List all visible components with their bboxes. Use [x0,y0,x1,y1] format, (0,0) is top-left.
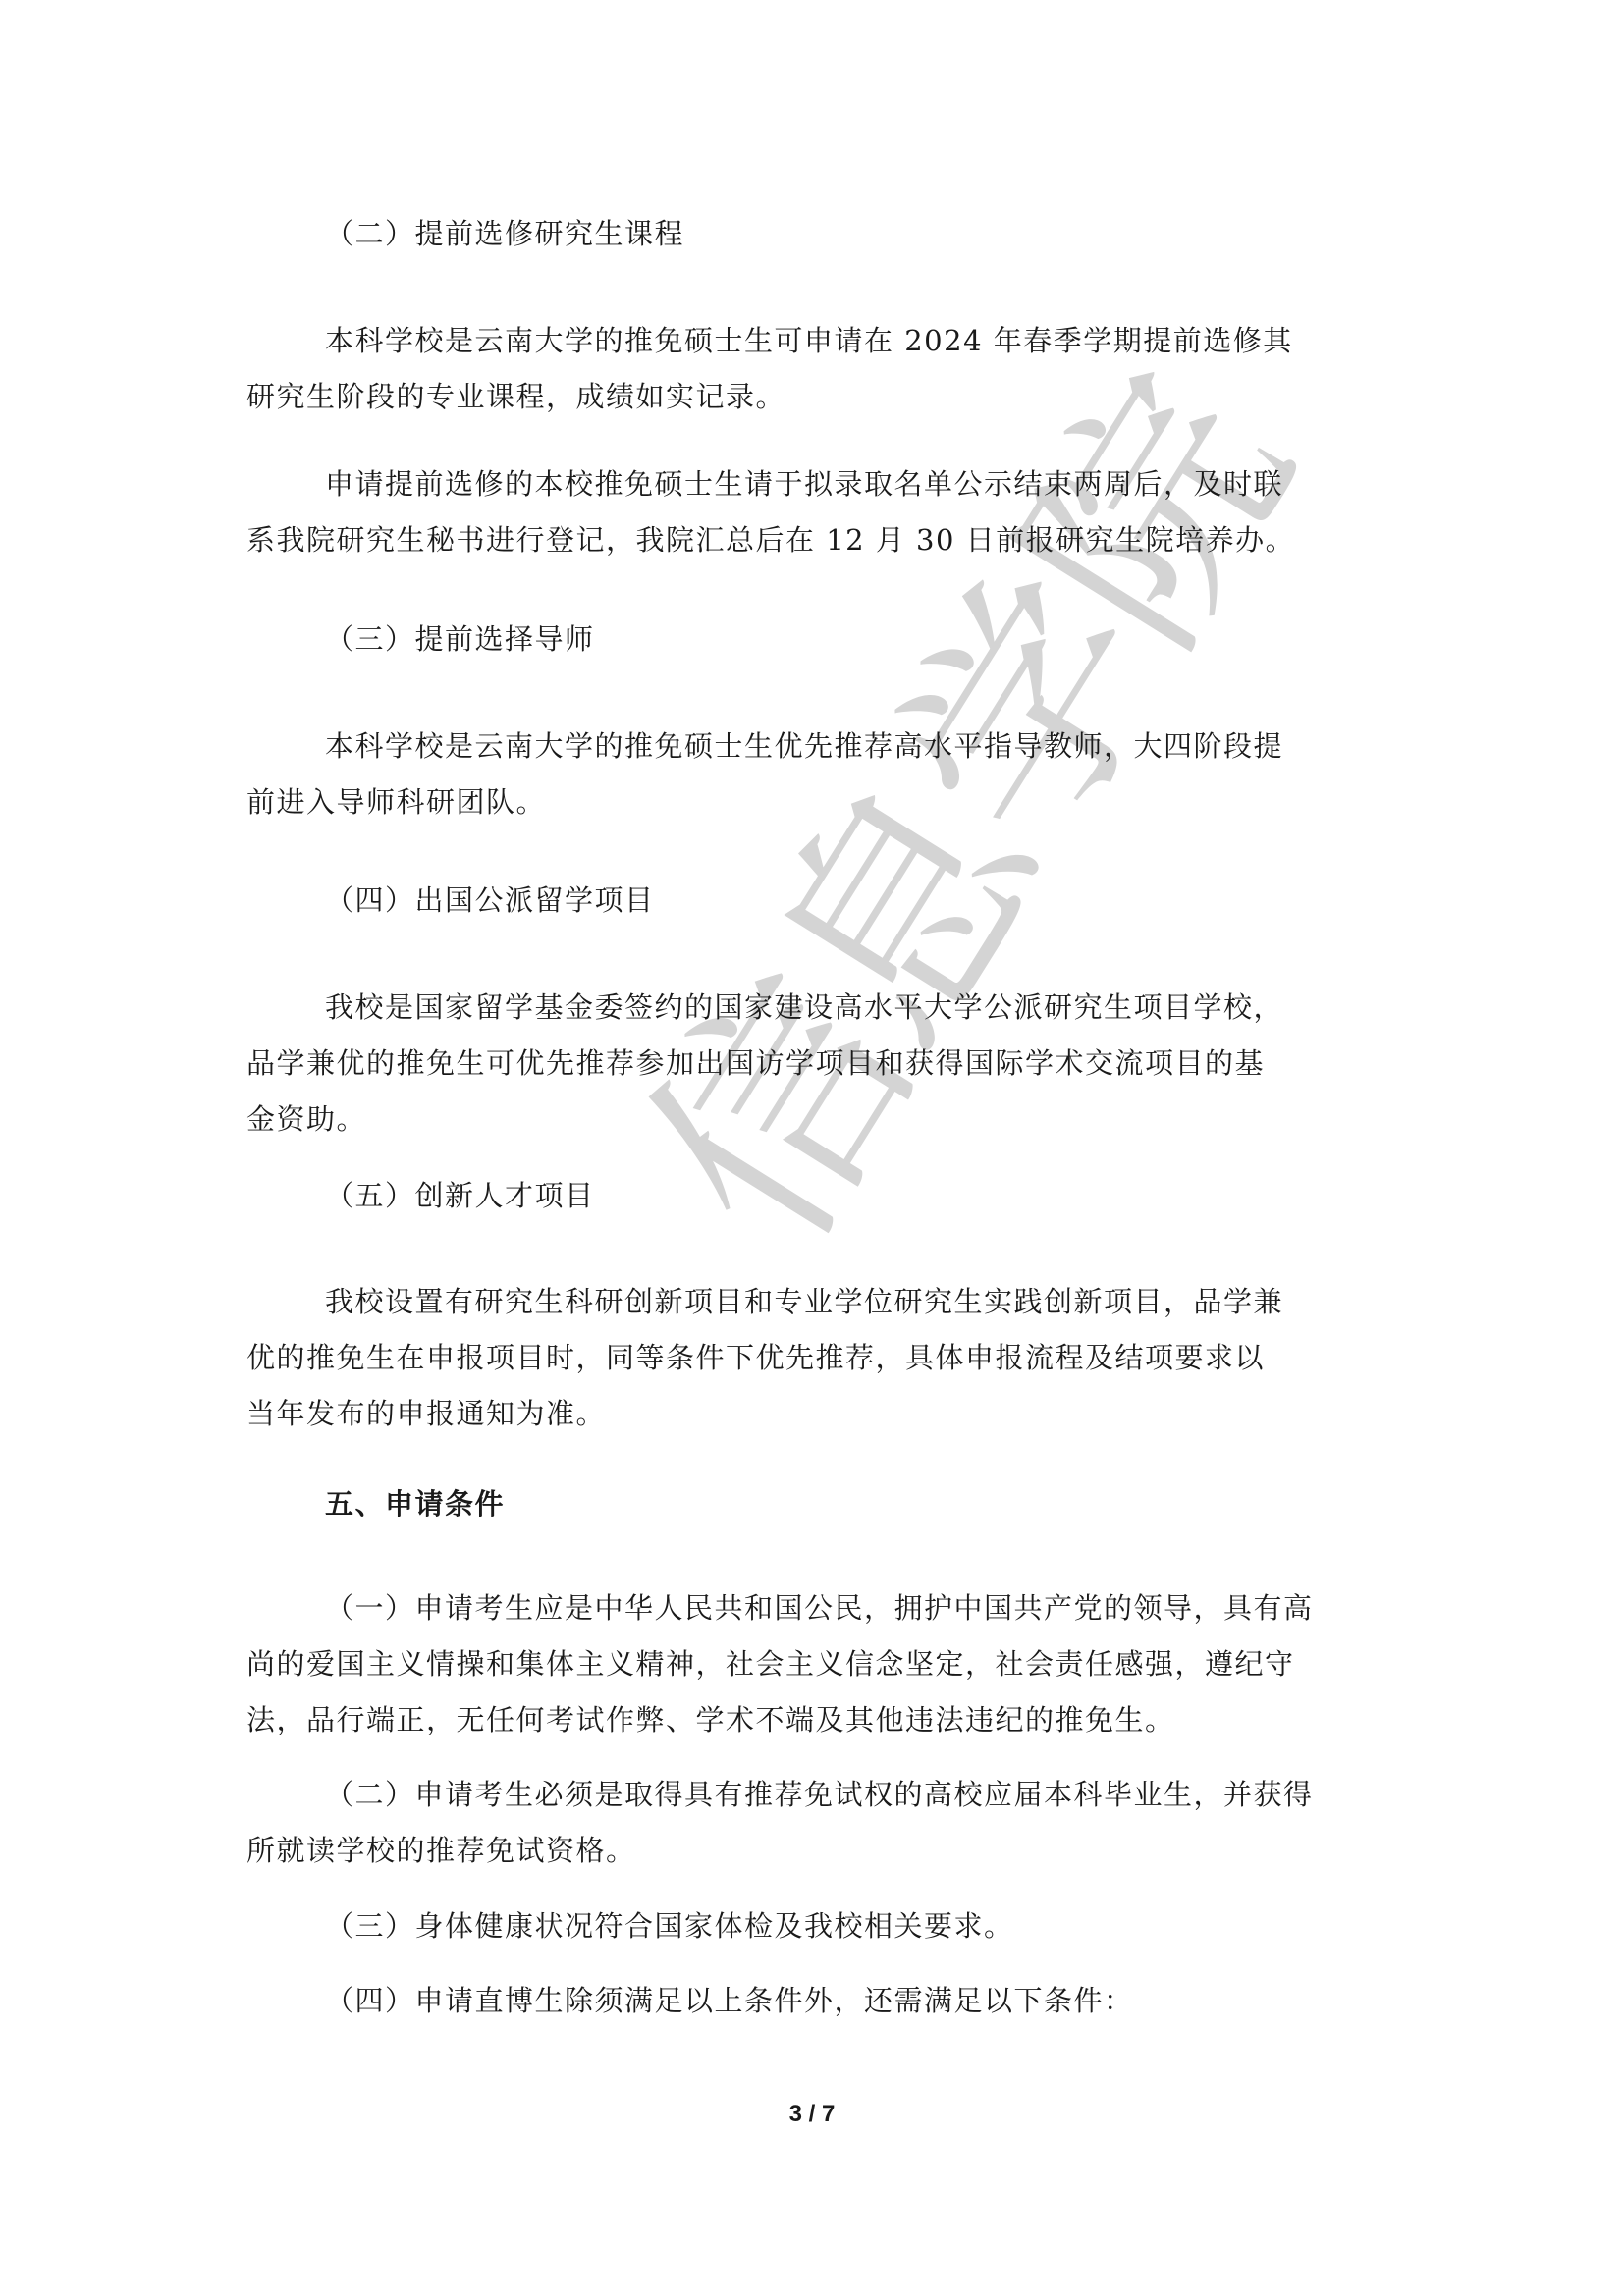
paragraph-line: （二）申请考生必须是取得具有推荐免试权的高校应届本科毕业生，并获得 [246,1775,1314,1814]
subheading-innovation-projects: （五）创新人才项目 [246,1176,595,1215]
paragraph-line: 当年发布的申报通知为准。 [246,1394,606,1433]
paragraph-line: 品学兼优的推免生可优先推荐参加出国访学项目和获得国际学术交流项目的基 [246,1043,1265,1083]
paragraph-line: 优的推免生在申报项目时，同等条件下优先推荐，具体申报流程及结项要求以 [246,1338,1265,1377]
paragraph-line: 研究生阶段的专业课程，成绩如实记录。 [246,377,785,416]
page-number: 3 / 7 [0,2101,1624,2128]
paragraph-line: 金资助。 [246,1099,366,1139]
watermark: 信息学院 [550,310,1349,1297]
subheading-advance-supervisor: （三）提前选择导师 [246,619,595,659]
paragraph-line: 系我院研究生秘书进行登记，我院汇总后在 12 月 30 日前报研究生院培养办。 [246,520,1295,560]
subheading-study-abroad: （四）出国公派留学项目 [246,881,655,920]
paragraph-line: 我校是国家留学基金委签约的国家建设高水平大学公派研究生项目学校， [246,988,1283,1027]
paragraph-line: 尚的爱国主义情操和集体主义精神，社会主义信念坚定，社会责任感强，遵纪守 [246,1644,1295,1683]
paragraph-line: 我校设置有研究生科研创新项目和专业学位研究生实践创新项目，品学兼 [246,1282,1283,1321]
document-page: 信息学院 （二）提前选修研究生课程 本科学校是云南大学的推免硕士生可申请在 20… [0,0,1624,2296]
paragraph-line: 本科学校是云南大学的推免硕士生优先推荐高水平指导教师，大四阶段提 [246,726,1283,766]
paragraph-line: （四）申请直博生除须满足以上条件外，还需满足以下条件： [246,1981,1134,2020]
paragraph-line: 前进入导师科研团队。 [246,782,546,822]
paragraph-line: 法，品行端正，无任何考试作弊、学术不端及其他违法违纪的推免生。 [246,1700,1175,1739]
paragraph-line: （一）申请考生应是中华人民共和国公民，拥护中国共产党的领导，具有高 [246,1588,1314,1628]
paragraph-line: 申请提前选修的本校推免硕士生请于拟录取名单公示结束两周后，及时联 [246,464,1283,504]
paragraph-line: 所就读学校的推荐免试资格。 [246,1831,636,1870]
subheading-advance-courses: （二）提前选修研究生课程 [246,214,684,253]
paragraph-line: 本科学校是云南大学的推免硕士生可申请在 2024 年春季学期提前选修其 [246,321,1293,360]
paragraph-line: （三）身体健康状况符合国家体检及我校相关要求。 [246,1906,1014,1946]
section-heading-requirements: 五、申请条件 [246,1484,505,1523]
